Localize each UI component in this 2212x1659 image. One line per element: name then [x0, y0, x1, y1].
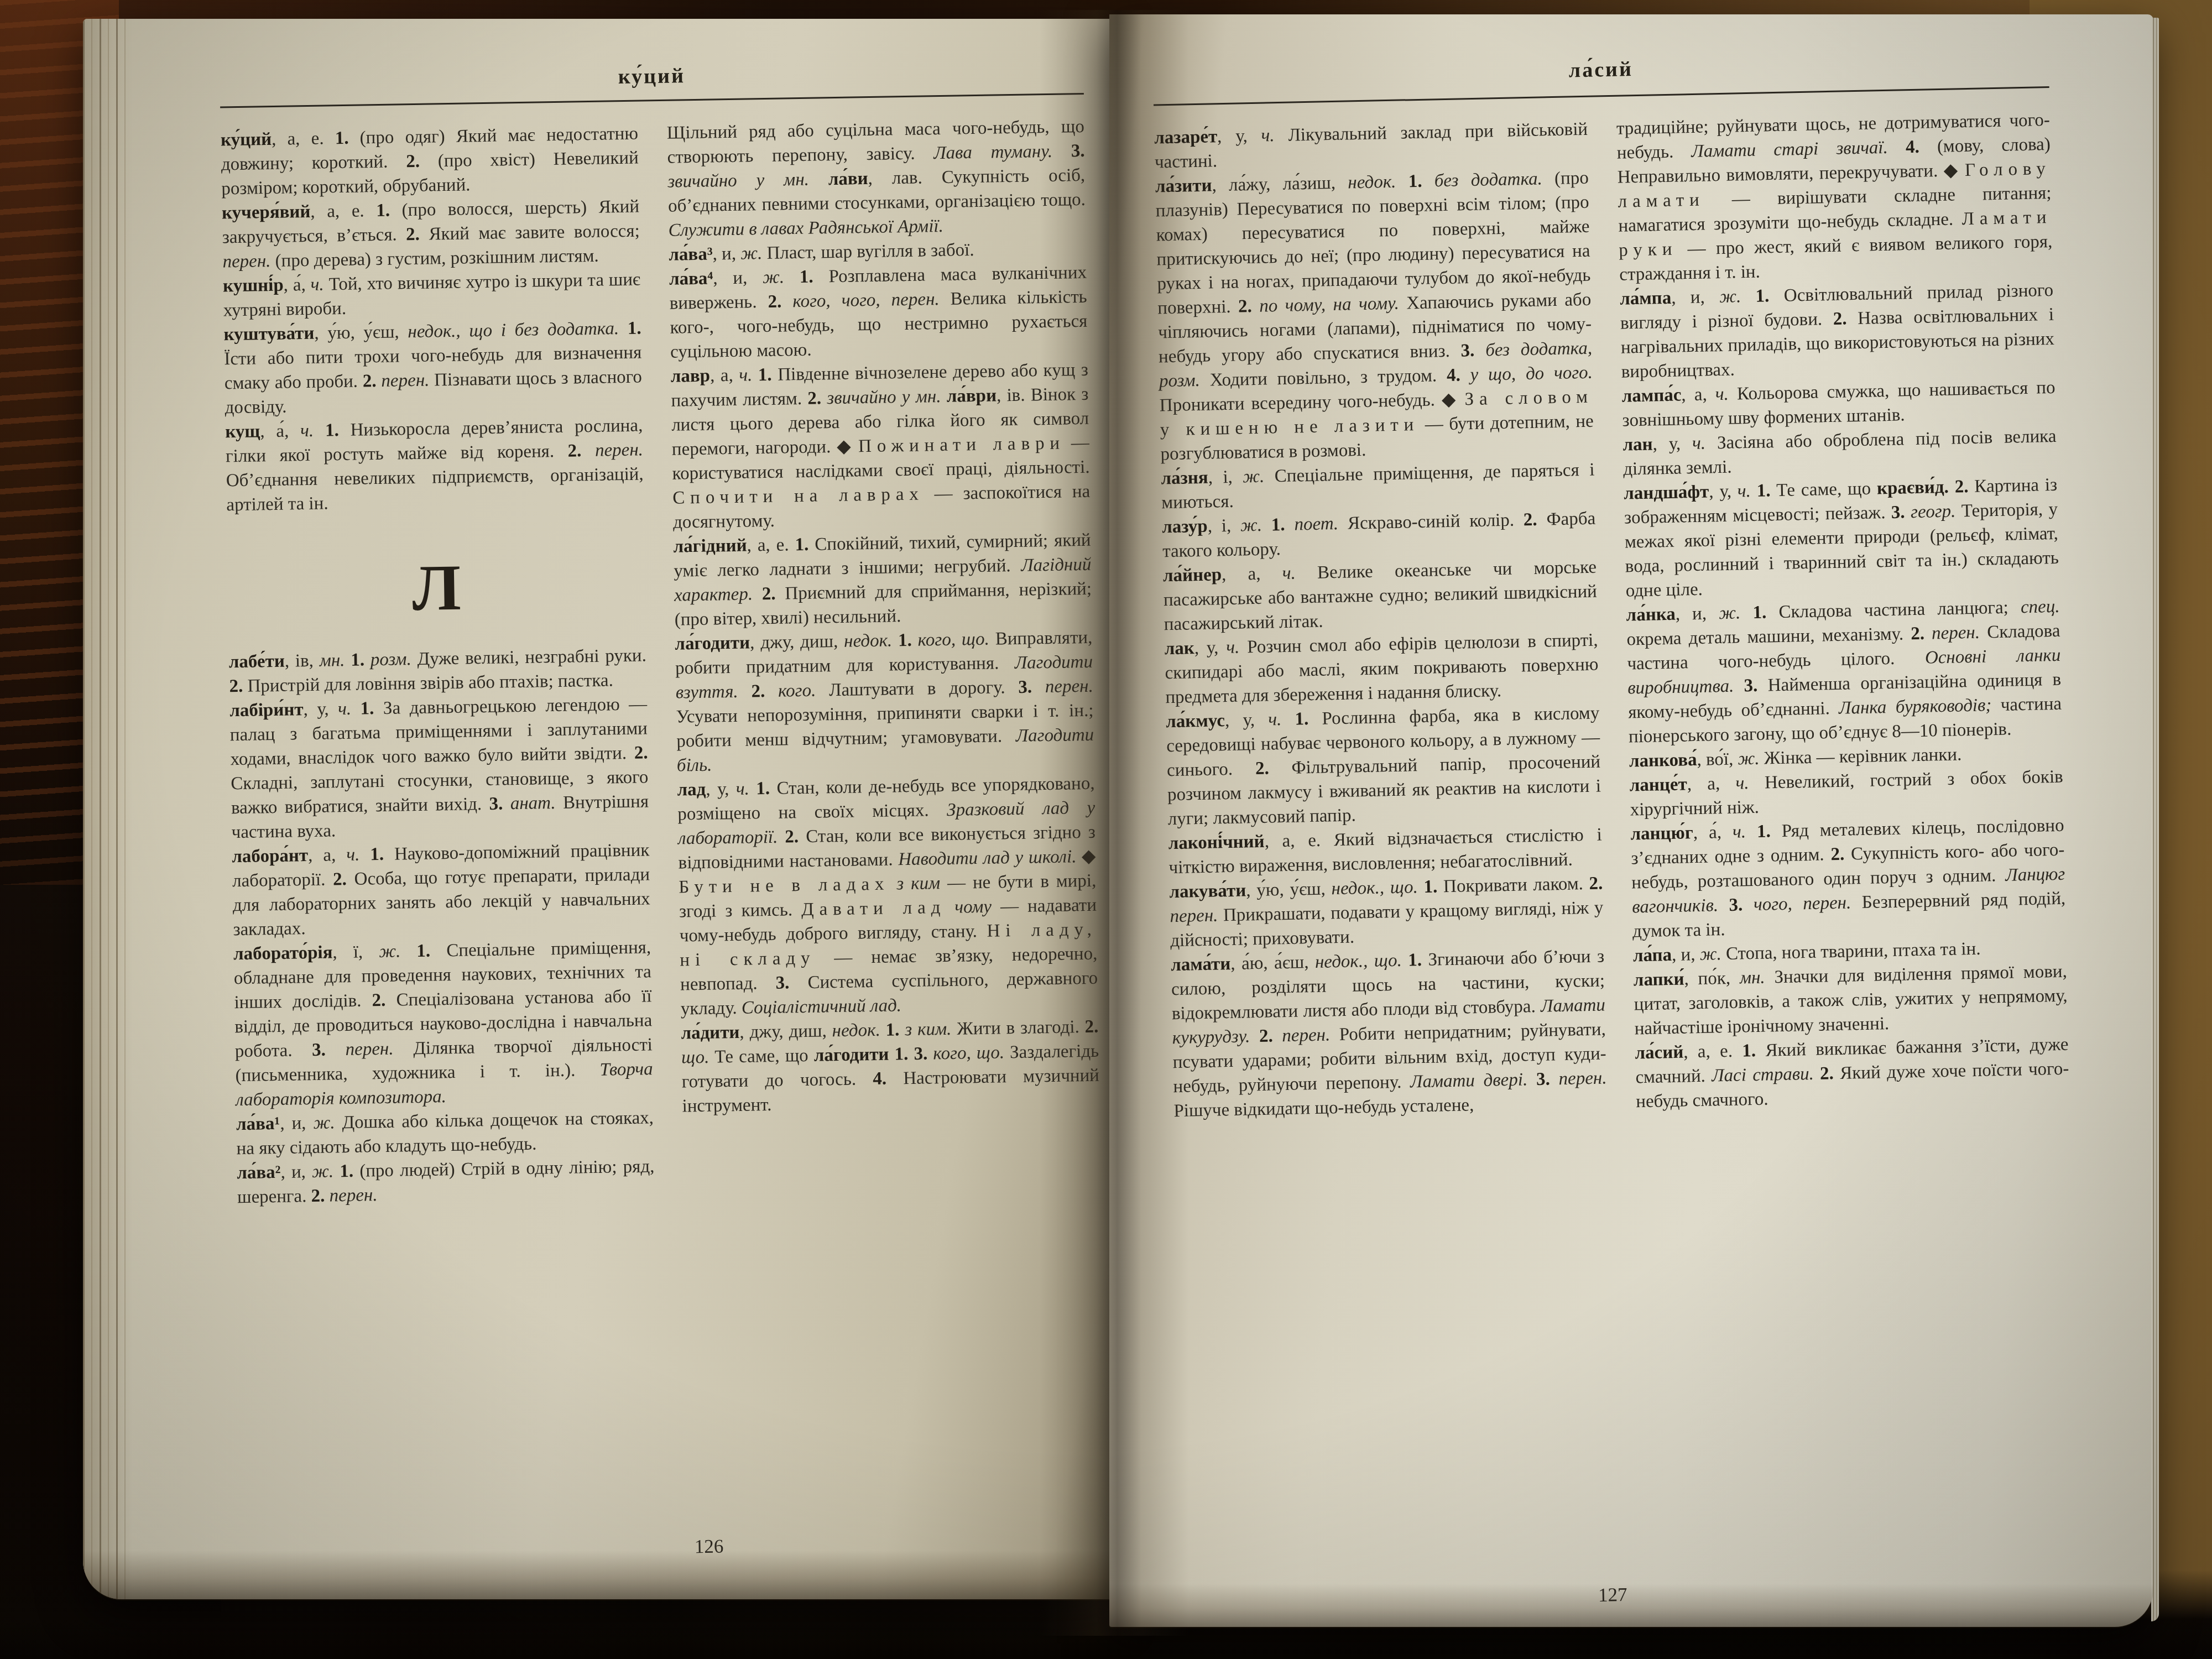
dictionary-entry: ла́йнер, а, ч. Велике океанське чи морсь…	[1163, 555, 1598, 637]
column-1: ку́ций, а, е. 1. (про одяг) Який має нед…	[221, 122, 655, 1210]
dictionary-entry: ландша́фт, у, ч. 1. Те саме, що краєви́д…	[1624, 473, 2059, 603]
dictionary-entry: лаборато́рія, ї, ж. 1. Спеціальне приміщ…	[233, 935, 654, 1112]
dictionary-entry: лакува́ти, у́ю, у́єш, недок., що. 1. Пок…	[1169, 872, 1604, 953]
dictionary-entry: кушні́р, а́, ч. Той, хто вичиняє хутро і…	[223, 268, 641, 323]
dictionary-entry: ла́кмус, у, ч. 1. Рослинна фарба, яка в …	[1166, 701, 1601, 832]
dictionary-entry: лабора́нт, а, ч. 1. Науково-допоміжний п…	[232, 838, 651, 942]
dictionary-entry: ла́ва¹, и, ж. Дошка або кілька дощечок н…	[236, 1105, 654, 1161]
dictionary-entry: лан, у, ч. Засіяна або оброблена під пос…	[1623, 424, 2057, 482]
dictionary-entry: лама́ти, а́ю, а́єш, недок., що. 1. Згина…	[1171, 944, 1608, 1123]
dictionary-entry: куштува́ти, у́ю, у́єш, недок., що і без …	[223, 316, 643, 420]
dictionary-entry: ла́зити, ла́жу, ла́зиш, недок. 1. без до…	[1155, 166, 1594, 467]
left-page-text: ку́ций ку́ций, а, е. 1. (про одяг) Який …	[219, 29, 1107, 1579]
left-page-columns: ку́ций, а, е. 1. (про одяг) Який має нед…	[221, 114, 1102, 1209]
entry-continuation: Щільний ряд або суцільна маса чого-небуд…	[667, 114, 1086, 243]
photo-open-dictionary: ку́ций ку́ций, а, е. 1. (про одяг) Який …	[0, 0, 2212, 1659]
dictionary-entry: ку́ций, а, е. 1. (про одяг) Який має нед…	[221, 122, 639, 201]
dictionary-entry: ла́ва², и, ж. 1. (про людей) Стрій в одн…	[237, 1154, 655, 1209]
page-number-left: 126	[695, 1535, 724, 1558]
dictionary-entry: ланце́т, а, ч. Невеликий, гострий з обох…	[1629, 765, 2064, 822]
dictionary-entry: лабе́ти, ів, мн. 1. розм. Дуже великі, н…	[229, 643, 647, 698]
dictionary-entry: кучеря́вий, а, е. 1. (про волосся, шерст…	[222, 195, 640, 274]
header-rule-left	[220, 93, 1084, 108]
dictionary-entry: ла́годити, джу, диш, недок. 1. кого, що.…	[675, 625, 1094, 778]
dictionary-entry: лабіри́нт, у, ч. 1. За давньогрецькою ле…	[229, 692, 649, 844]
dictionary-entry: лак, у, ч. Розчин смол або ефірів целюло…	[1164, 628, 1599, 710]
dictionary-entry: ла́гідний, а, е. 1. Спокійний, тихий, су…	[673, 528, 1092, 632]
dictionary-entry: ла́сий, а, е. 1. Який викликає бажання з…	[1635, 1032, 2069, 1114]
right-page-text: ла́сий лазаре́т, у, ч. Лікувальний закла…	[1152, 23, 2080, 1611]
guide-word-left: ку́ций	[220, 58, 1083, 96]
dictionary-entry: лапки́, по́к, мн. Значки для виділення п…	[1633, 959, 2068, 1041]
dictionary-entry: ла́ва⁴, и, ж. 1. Розплавлена маса вулкан…	[669, 260, 1088, 364]
right-page-columns: лазаре́т, у, ч. Лікувальний заклад при в…	[1154, 108, 2070, 1123]
dictionary-entry: лампа́с, а, ч. Кольорова смужка, що наши…	[1621, 375, 2056, 433]
page-number-right: 127	[1598, 1584, 1627, 1606]
dictionary-entry: ла́дити, джу, диш, недок. 1. з ким. Жити…	[681, 1015, 1100, 1119]
section-letter: Л	[227, 551, 646, 624]
dictionary-entry: лазаре́т, у, ч. Лікувальний заклад при в…	[1154, 117, 1589, 175]
dictionary-entry: ла́зня, і, ж. Спеціальне приміщення, де …	[1161, 458, 1595, 515]
dictionary-entry: ла́мпа, и, ж. 1. Освітлювальний прилад р…	[1620, 278, 2055, 384]
dictionary-entry: кущ, а́, ч. 1. Низькоросла дерев’яниста …	[225, 413, 644, 517]
column-3: лазаре́т, у, ч. Лікувальний заклад при в…	[1154, 117, 1608, 1123]
column-4: традиційне; руйнувати щось, не дотримува…	[1616, 108, 2070, 1114]
dictionary-entry: лаконі́чний, а, е. Який відзначається ст…	[1168, 823, 1603, 880]
dictionary-entry: ланцю́г, а́, ч. 1. Ряд металевих кілець,…	[1630, 813, 2066, 944]
dictionary-entry: лазу́р, і, ж. 1. поет. Яскраво-синій кол…	[1162, 507, 1597, 564]
entry-continuation: традиційне; руйнувати щось, не дотримува…	[1616, 108, 2053, 287]
header-rule-right	[1154, 86, 2049, 106]
guide-word-right: ла́сий	[1153, 49, 2049, 91]
column-2: Щільний ряд або суцільна маса чого-небуд…	[667, 114, 1102, 1203]
dictionary-entry: ла́нка, и, ж. 1. Складова частина ланцюг…	[1626, 594, 2062, 749]
dictionary-entry: лад, у, ч. 1. Стан, коли де-небудь все у…	[677, 771, 1098, 1021]
dictionary-entry: лавр, а, ч. 1. Південне вічнозелене дере…	[671, 358, 1091, 535]
